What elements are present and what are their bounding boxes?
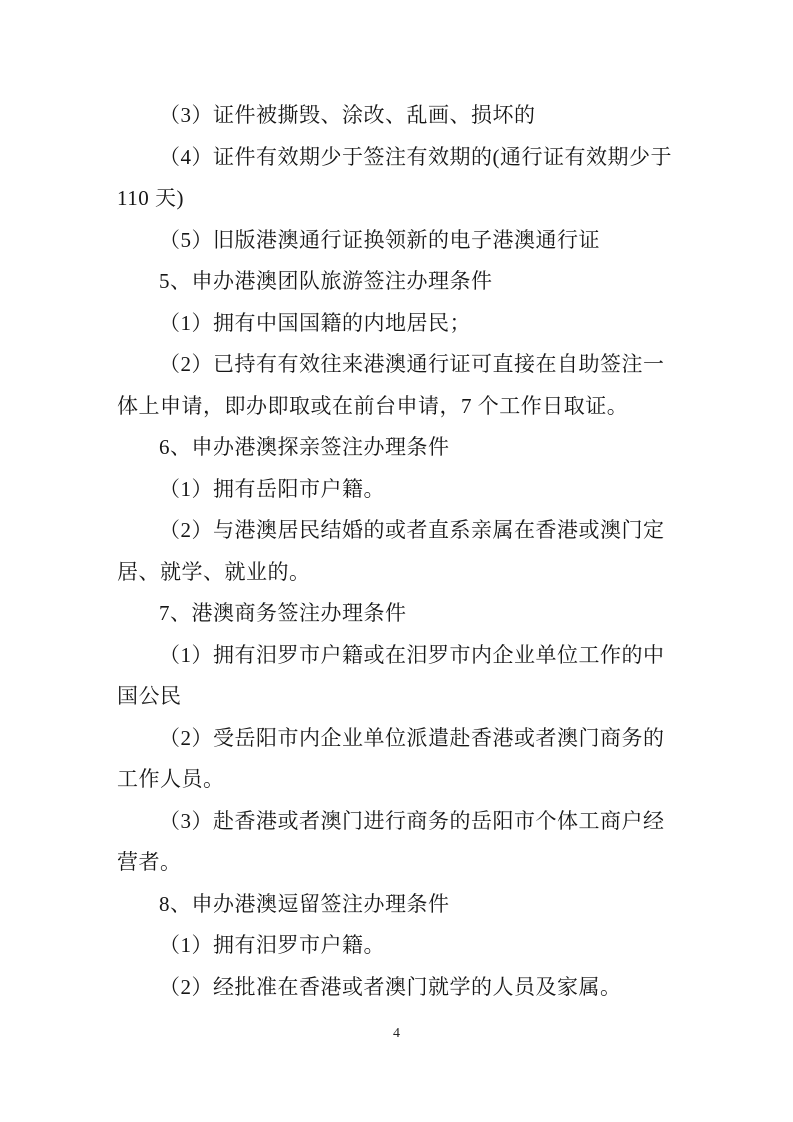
paragraph-item-5: （5）旧版港澳通行证换领新的电子港澳通行证 xyxy=(117,220,717,262)
paragraph-section-7-item-3: （3）赴香港或者澳门进行商务的岳阳市个体工商户经 营者。 xyxy=(117,801,717,884)
paragraph-section-5: 5、申办港澳团队旅游签注办理条件 xyxy=(117,261,717,303)
paragraph-item-4: （4）证件有效期少于签注有效期的(通行证有效期少于 110 天) xyxy=(117,137,717,220)
document-body: （3）证件被撕毁、涂改、乱画、损坏的 （4）证件有效期少于签注有效期的(通行证有… xyxy=(117,95,717,1008)
paragraph-section-5-item-1: （1）拥有中国国籍的内地居民； xyxy=(117,303,717,345)
paragraph-section-8: 8、申办港澳逗留签注办理条件 xyxy=(117,884,717,926)
paragraph-section-8-item-1: （1）拥有汨罗市户籍。 xyxy=(117,925,717,967)
page-number: 4 xyxy=(0,1025,793,1043)
paragraph-item-3: （3）证件被撕毁、涂改、乱画、损坏的 xyxy=(117,95,717,137)
paragraph-section-6-item-1: （1）拥有岳阳市户籍。 xyxy=(117,469,717,511)
document-page: （3）证件被撕毁、涂改、乱画、损坏的 （4）证件有效期少于签注有效期的(通行证有… xyxy=(0,0,793,1122)
paragraph-section-6-item-2: （2）与港澳居民结婚的或者直系亲属在香港或澳门定 居、就学、就业的。 xyxy=(117,510,717,593)
paragraph-section-6: 6、申办港澳探亲签注办理条件 xyxy=(117,427,717,469)
paragraph-section-8-item-2: （2）经批准在香港或者澳门就学的人员及家属。 xyxy=(117,967,717,1009)
paragraph-section-7-item-1: （1）拥有汨罗市户籍或在汨罗市内企业单位工作的中 国公民 xyxy=(117,635,717,718)
paragraph-section-5-item-2: （2）已持有有效往来港澳通行证可直接在自助签注一 体上申请，即办即取或在前台申请… xyxy=(117,344,717,427)
paragraph-section-7: 7、港澳商务签注办理条件 xyxy=(117,593,717,635)
paragraph-section-7-item-2: （2）受岳阳市内企业单位派遣赴香港或者澳门商务的 工作人员。 xyxy=(117,718,717,801)
